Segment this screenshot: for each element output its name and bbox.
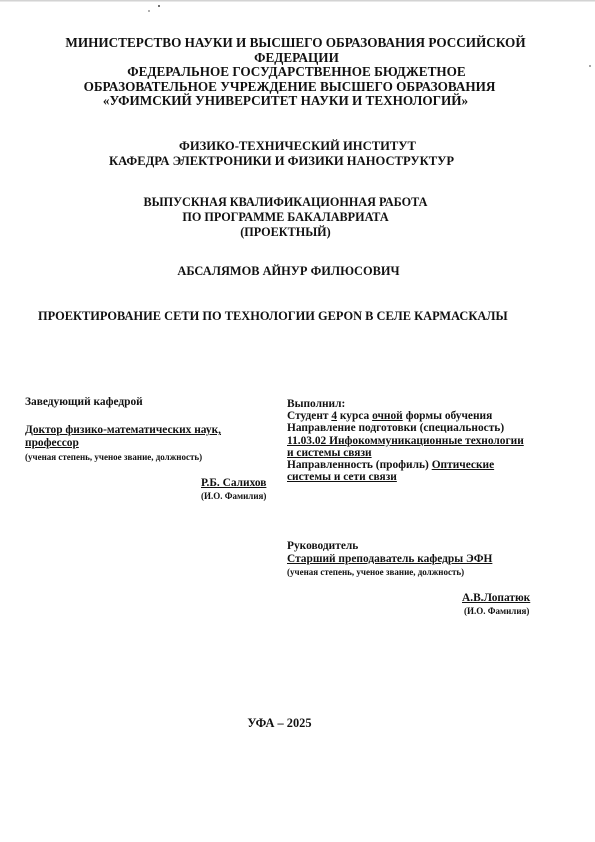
supervisor-name-caption: (И.О. Фамилия) <box>464 606 529 617</box>
direction-value: 11.03.02 Инфокоммуникационные технологии <box>287 435 524 447</box>
student-prefix: Студент <box>287 410 328 422</box>
ministry-line: ФЕДЕРАЦИИ <box>0 51 594 66</box>
supervisor-position-caption: (ученая степень, ученое звание, должност… <box>287 567 464 578</box>
direction-label: Направление подготовки (специальность) <box>287 422 524 434</box>
name-caption: (И.О. Фамилия) <box>201 491 266 502</box>
institute-block: ФИЗИКО-ТЕХНИЧЕСКИЙ ИНСТИТУТ КАФЕДРА ЭЛЕК… <box>0 139 595 169</box>
ministry-header: МИНИСТЕРСТВО НАУКИ И ВЫСШЕГО ОБРАЗОВАНИЯ… <box>0 36 595 109</box>
author-name-text: АБСАЛЯМОВ АЙНУР ФИЛЮСОВИЧ <box>177 264 399 279</box>
course-word: курса <box>340 410 369 422</box>
supervisor-label: Руководитель <box>287 540 358 553</box>
degree-line: Доктор физико-математических наук, <box>25 424 221 437</box>
scan-edge <box>0 0 595 2</box>
profile-value: системы и сети связи <box>287 471 524 483</box>
study-form-suffix: формы обучения <box>406 410 493 422</box>
city-year-text: УФА – 2025 <box>247 716 311 731</box>
work-type-block: ВЫПУСКНАЯ КВАЛИФИКАЦИОННАЯ РАБОТА ПО ПРО… <box>0 195 595 239</box>
degree-caption: (ученая степень, ученое звание, должност… <box>25 452 202 463</box>
degree-line: профессор <box>25 437 221 450</box>
thesis-title: ПРОЕКТИРОВАНИЕ СЕТИ ПО ТЕХНОЛОГИИ GEPON … <box>38 309 508 324</box>
city-year: УФА – 2025 <box>0 716 595 731</box>
head-of-department-degree: Доктор физико-математических наук, профе… <box>25 424 221 450</box>
performer-label: Выполнил: <box>287 398 524 410</box>
work-type-line: (ПРОЕКТНЫЙ) <box>0 225 583 240</box>
ministry-line: МИНИСТЕРСТВО НАУКИ И ВЫСШЕГО ОБРАЗОВАНИЯ… <box>0 36 593 51</box>
profile-line: Направленность (профиль) Оптические <box>287 459 524 471</box>
work-type-line: ВЫПУСКНАЯ КВАЛИФИКАЦИОННАЯ РАБОТА <box>0 195 583 210</box>
author-name: АБСАЛЯМОВ АЙНУР ФИЛЮСОВИЧ <box>0 264 595 279</box>
student-line: Студент 4 курса очной формы обучения <box>287 410 524 422</box>
head-of-department-name: Р.Б. Салихов <box>201 477 266 490</box>
institute-name: ФИЗИКО-ТЕХНИЧЕСКИЙ ИНСТИТУТ <box>0 139 595 154</box>
supervisor-position: Старший преподаватель кафедры ЭФН <box>287 553 492 566</box>
profile-value: Оптические <box>432 459 494 471</box>
ministry-line: ОБРАЗОВАТЕЛЬНОЕ УЧРЕЖДЕНИЕ ВЫСШЕГО ОБРАЗ… <box>0 80 587 95</box>
ministry-line: ФЕДЕРАЛЬНОЕ ГОСУДАРСТВЕННОЕ БЮДЖЕТНОЕ <box>0 65 594 80</box>
scan-speck <box>148 10 150 12</box>
course-number: 4 <box>331 410 337 422</box>
direction-value: и системы связи <box>287 447 524 459</box>
performer-block: Выполнил: Студент 4 курса очной формы об… <box>287 398 524 483</box>
profile-label: Направленность (профиль) <box>287 459 429 471</box>
supervisor-name: А.В.Лопатюк <box>462 592 530 605</box>
scan-speck <box>158 5 160 7</box>
head-of-department-label: Заведующий кафедрой <box>25 396 143 409</box>
work-type-line: ПО ПРОГРАММЕ БАКАЛАВРИАТА <box>0 210 583 225</box>
study-form: очной <box>372 410 403 422</box>
university-name: «УФИМСКИЙ УНИВЕРСИТЕТ НАУКИ И ТЕХНОЛОГИЙ… <box>0 94 583 109</box>
department-name: КАФЕДРА ЭЛЕКТРОНИКИ И ФИЗИКИ НАНОСТРУКТУ… <box>0 154 579 169</box>
